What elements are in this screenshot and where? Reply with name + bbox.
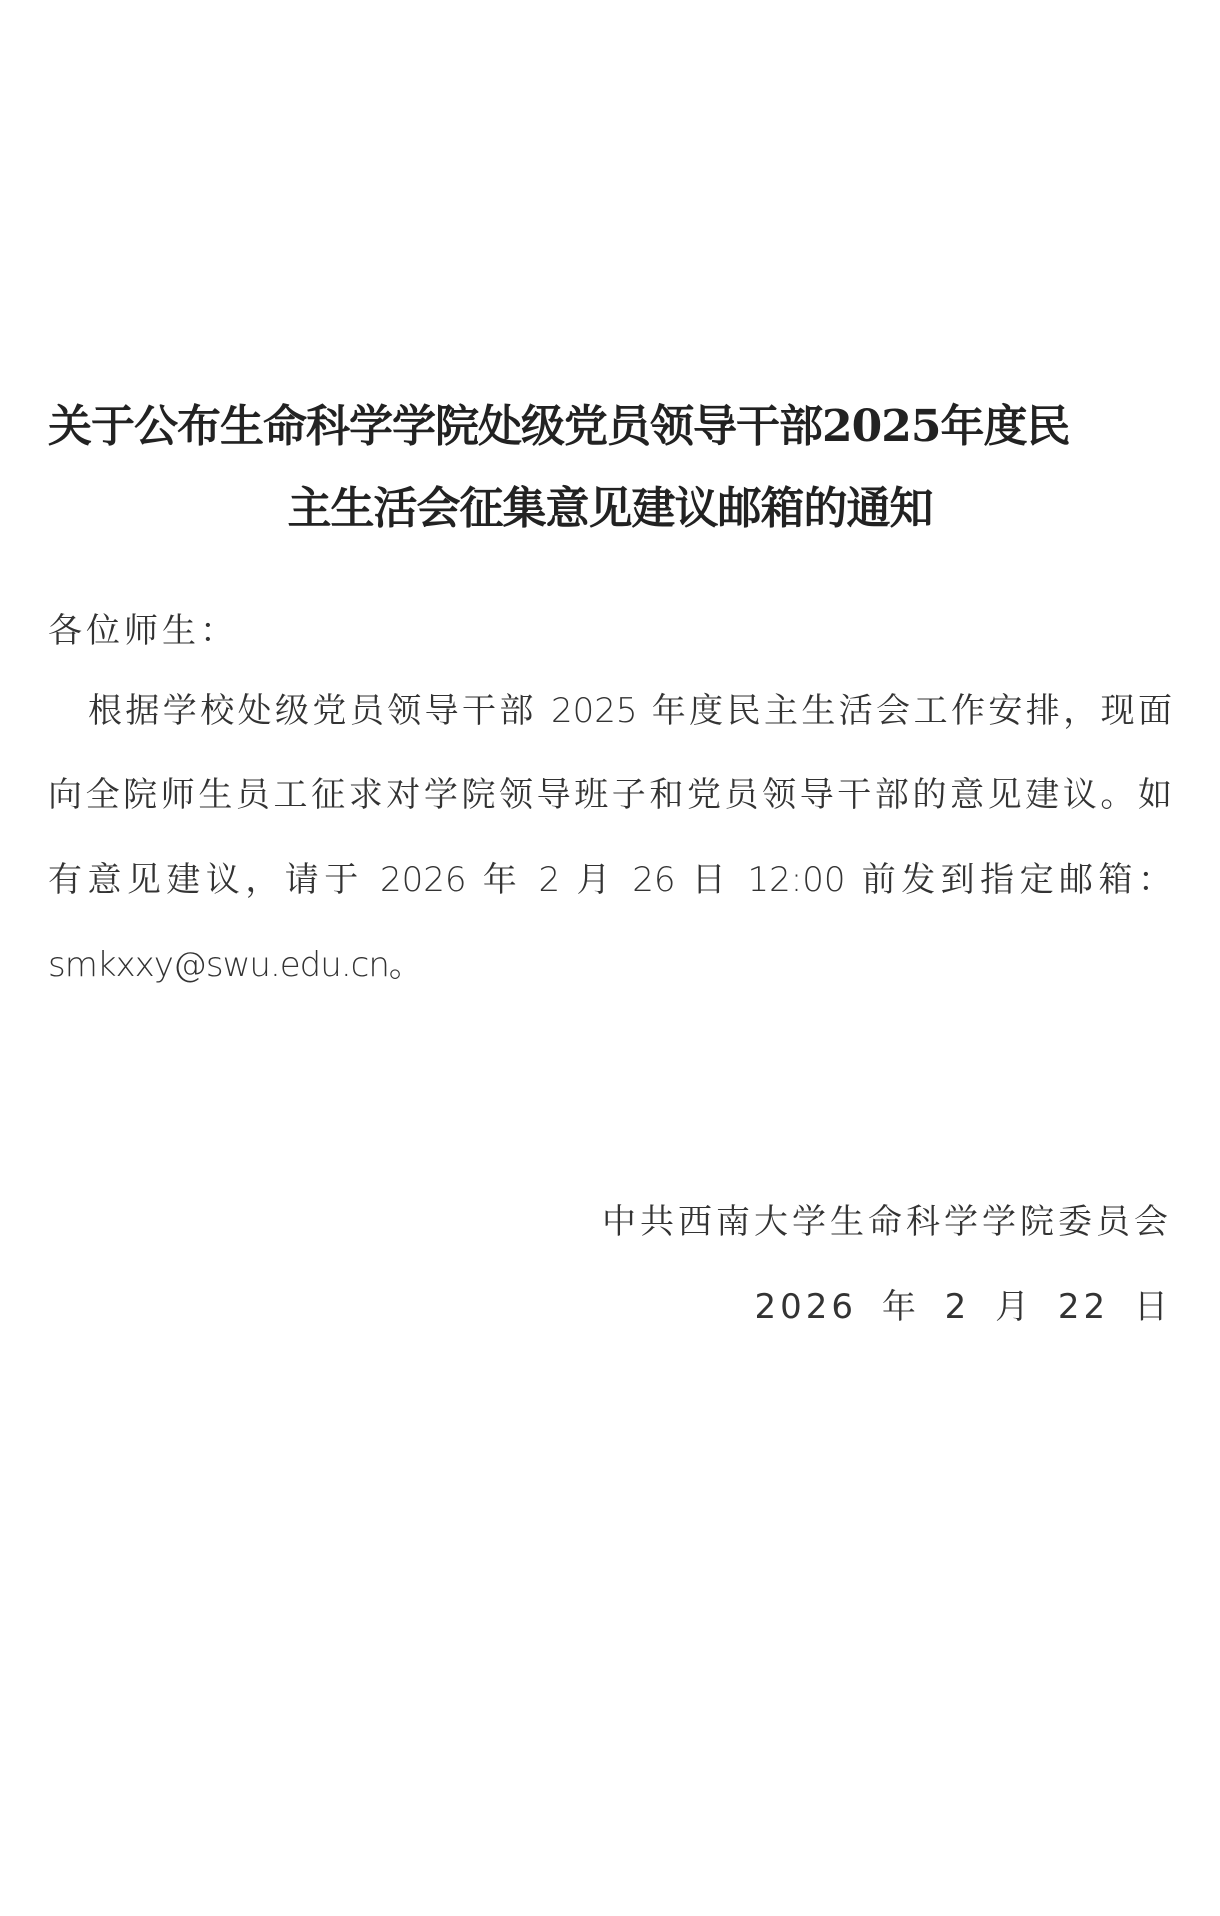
document-title-line-2: 主生活会征集意见建议邮箱的通知 <box>40 487 1180 531</box>
salutation: 各位师生： <box>48 614 1172 648</box>
document-title-line-1: 关于公布生命科学学院处级党员领导干部2025年度民 <box>48 405 1188 449</box>
body-paragraph-line-3: 有意见建议，请于 2026 年 2 月 26 日 12:00 前发到指定邮箱： <box>48 863 1172 897</box>
signature-organization: 中共西南大学生命科学学院委员会 <box>602 1205 1172 1239</box>
signature-date: 2026 年 2 月 22 日 <box>755 1290 1172 1324</box>
body-paragraph-line-2: 向全院师生员工征求对学院领导班子和党员领导干部的意见建议。如 <box>48 778 1172 812</box>
body-paragraph-line-1: 根据学校处级党员领导干部 2025 年度民主生活会工作安排，现面 <box>48 694 1172 728</box>
email-address: smkxxy@swu.edu.cn。 <box>48 948 1172 982</box>
document-page: 关于公布生命科学学院处级党员领导干部2025年度民 主生活会征集意见建议邮箱的通… <box>0 0 1220 1916</box>
